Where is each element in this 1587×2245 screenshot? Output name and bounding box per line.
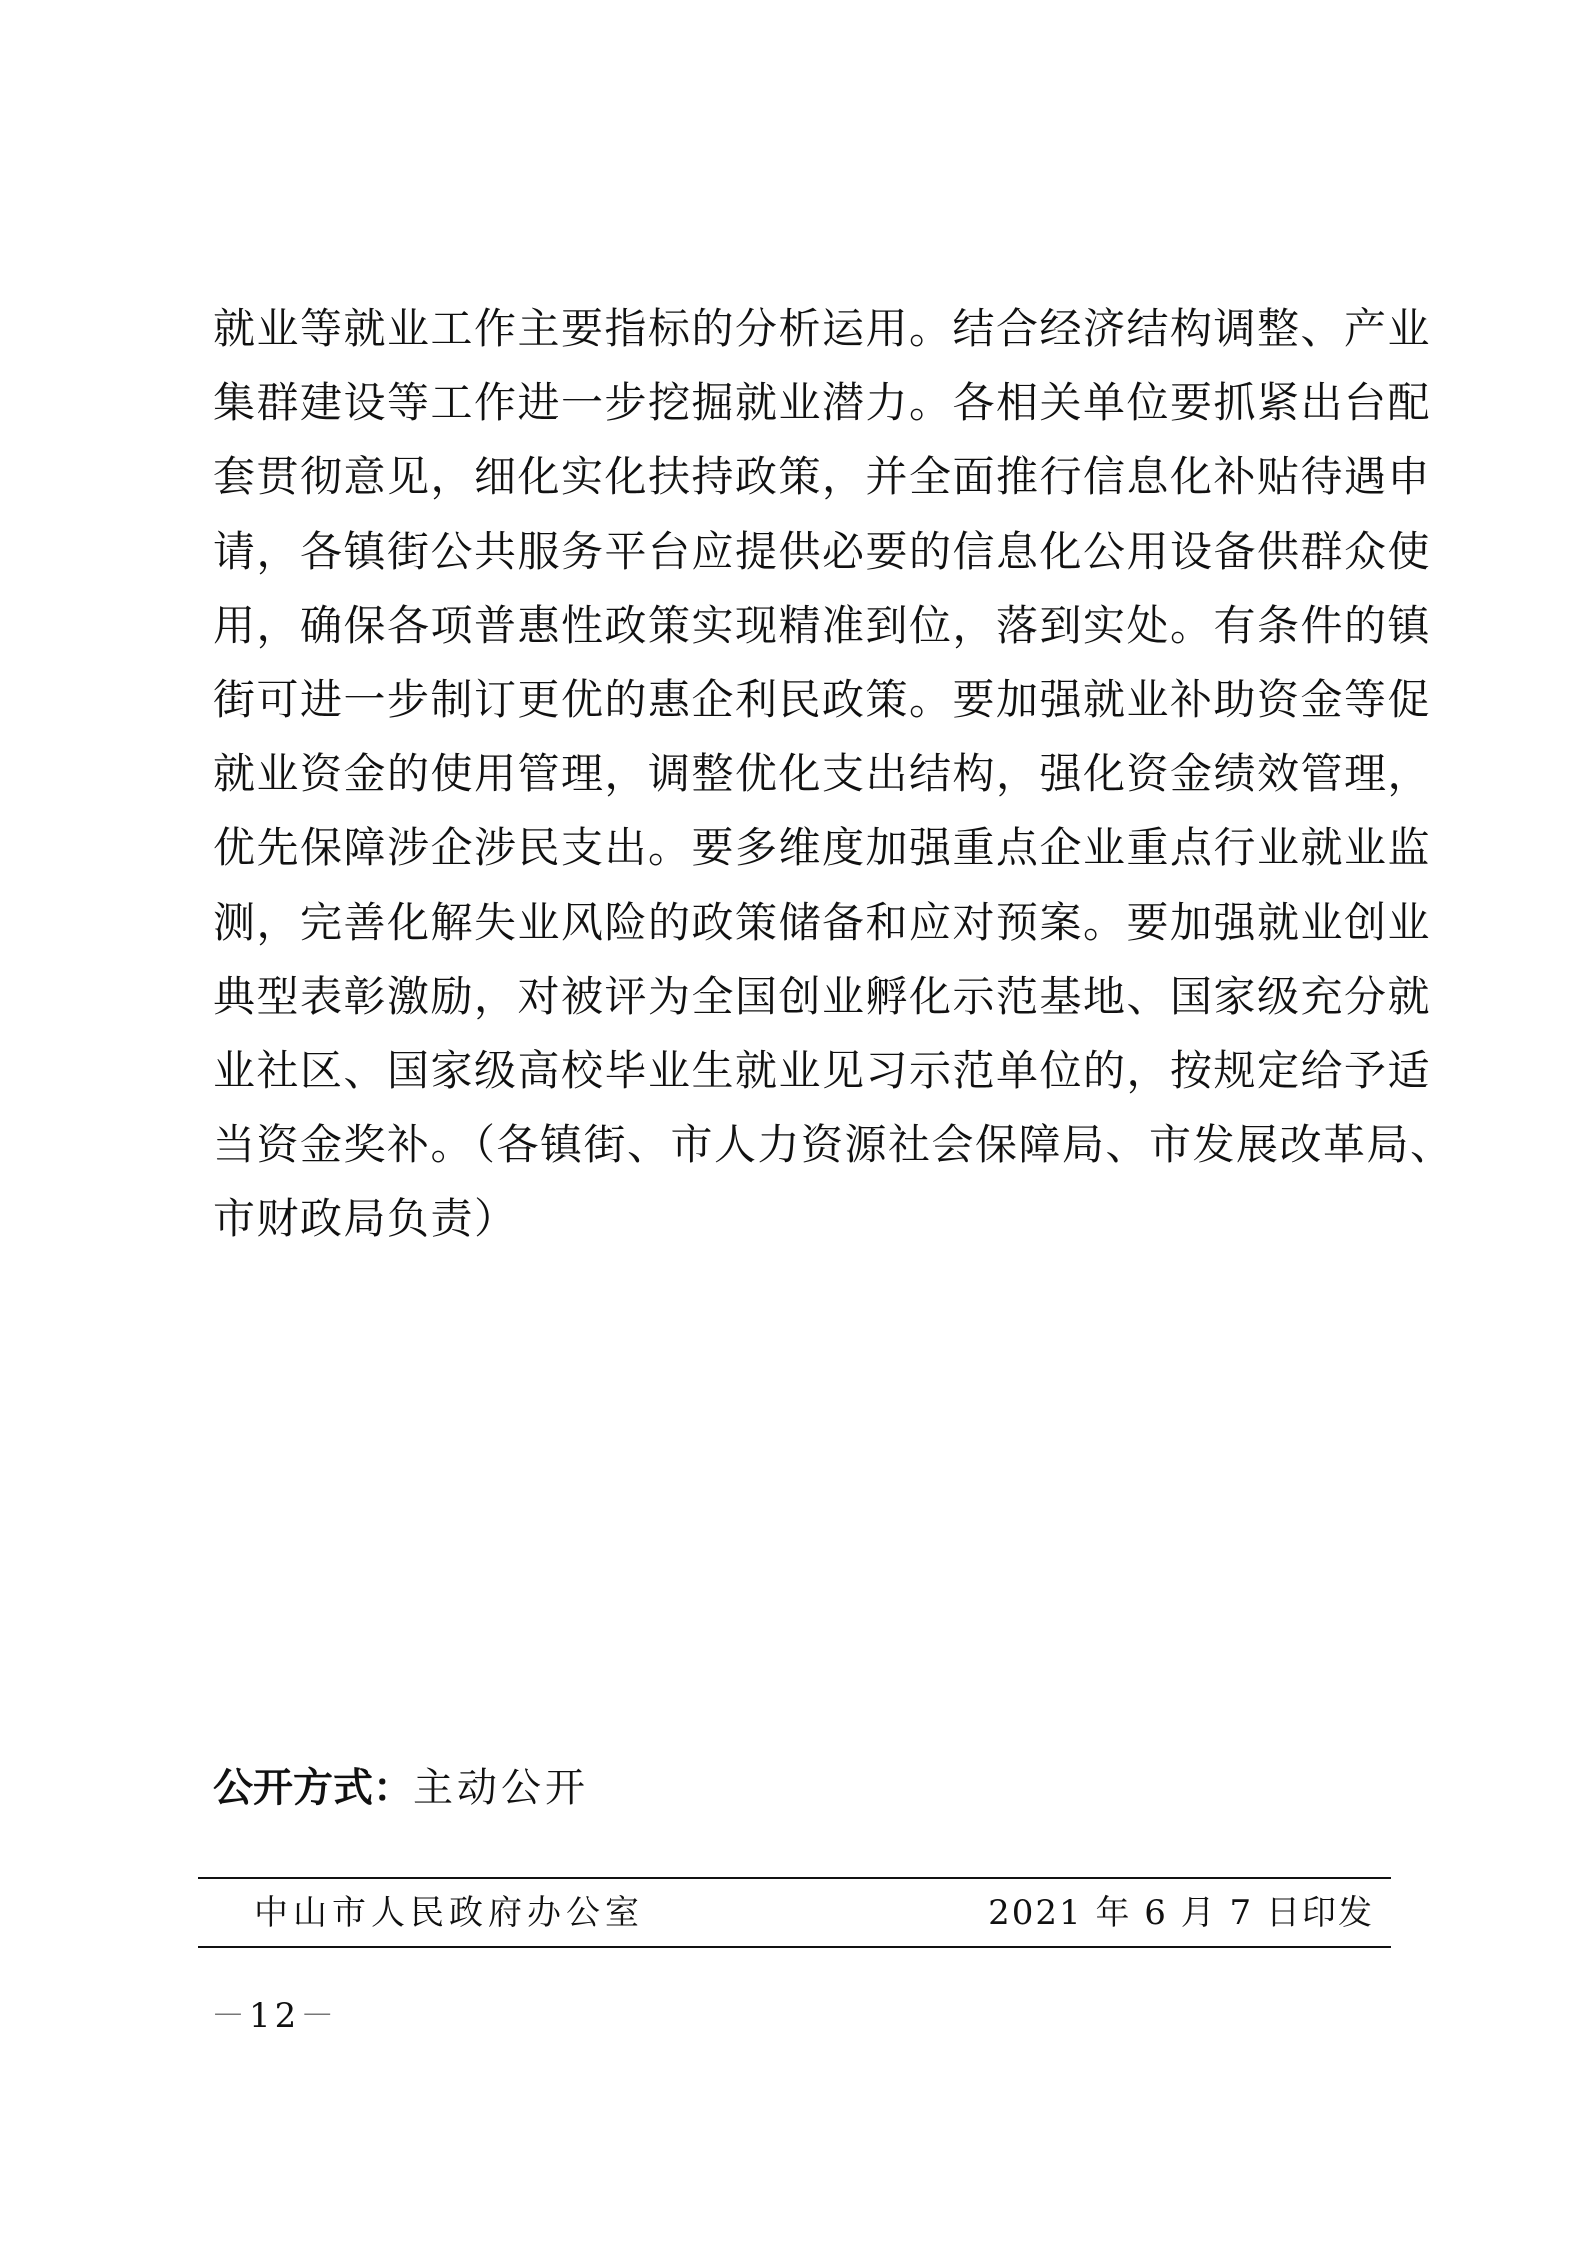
disclosure-value: 主动公开 — [413, 1765, 589, 1811]
body-line: 市财政局负责） — [213, 1182, 1393, 1256]
body-line: 就业资金的使用管理，调整优化支出结构，强化资金绩效管理， — [213, 737, 1393, 811]
body-line: 就业等就业工作主要指标的分析运用。结合经济结构调整、产业 — [213, 292, 1393, 366]
body-line: 用，确保各项普惠性政策实现精准到位，落到实处。有条件的镇 — [213, 589, 1393, 663]
disclosure-label: 公开方式： — [213, 1765, 413, 1811]
body-line: 业社区、国家级高校毕业生就业见习示范单位的，按规定给予适 — [213, 1034, 1393, 1108]
body-line: 当资金奖补。（各镇街、市人力资源社会保障局、市发展改革局、 — [213, 1108, 1393, 1182]
footer-top-rule — [198, 1877, 1391, 1879]
body-line: 集群建设等工作进一步挖掘就业潜力。各相关单位要抓紧出台配 — [213, 366, 1393, 440]
body-line: 套贯彻意见，细化实化扶持政策，并全面推行信息化补贴待遇申 — [213, 440, 1393, 514]
issuing-office: 中山市人民政府办公室 — [254, 1884, 644, 1942]
page-number: －12－ — [211, 1988, 338, 2044]
body-line: 典型表彰激励，对被评为全国创业孵化示范基地、国家级充分就 — [213, 960, 1393, 1034]
document-page: 就业等就业工作主要指标的分析运用。结合经济结构调整、产业 集群建设等工作进一步挖… — [0, 0, 1587, 2245]
page-number-dash-right: － — [300, 1996, 338, 2036]
body-paragraph: 就业等就业工作主要指标的分析运用。结合经济结构调整、产业 集群建设等工作进一步挖… — [213, 292, 1393, 1256]
page-number-value: 12 — [249, 1996, 300, 2036]
body-line: 测，完善化解失业风险的政策储备和应对预案。要加强就业创业 — [213, 886, 1393, 960]
body-line: 街可进一步制订更优的惠企利民政策。要加强就业补助资金等促 — [213, 663, 1393, 737]
body-line: 优先保障涉企涉民支出。要多维度加强重点企业重点行业就业监 — [213, 811, 1393, 885]
disclosure-method: 公开方式：主动公开 — [213, 1758, 589, 1818]
page-number-dash-left: － — [211, 1996, 249, 2036]
body-line: 请，各镇街公共服务平台应提供必要的信息化公用设备供群众使 — [213, 515, 1393, 589]
footer-bottom-rule — [198, 1946, 1391, 1948]
issue-date: 2021 年 6 月 7 日印发 — [988, 1884, 1374, 1942]
